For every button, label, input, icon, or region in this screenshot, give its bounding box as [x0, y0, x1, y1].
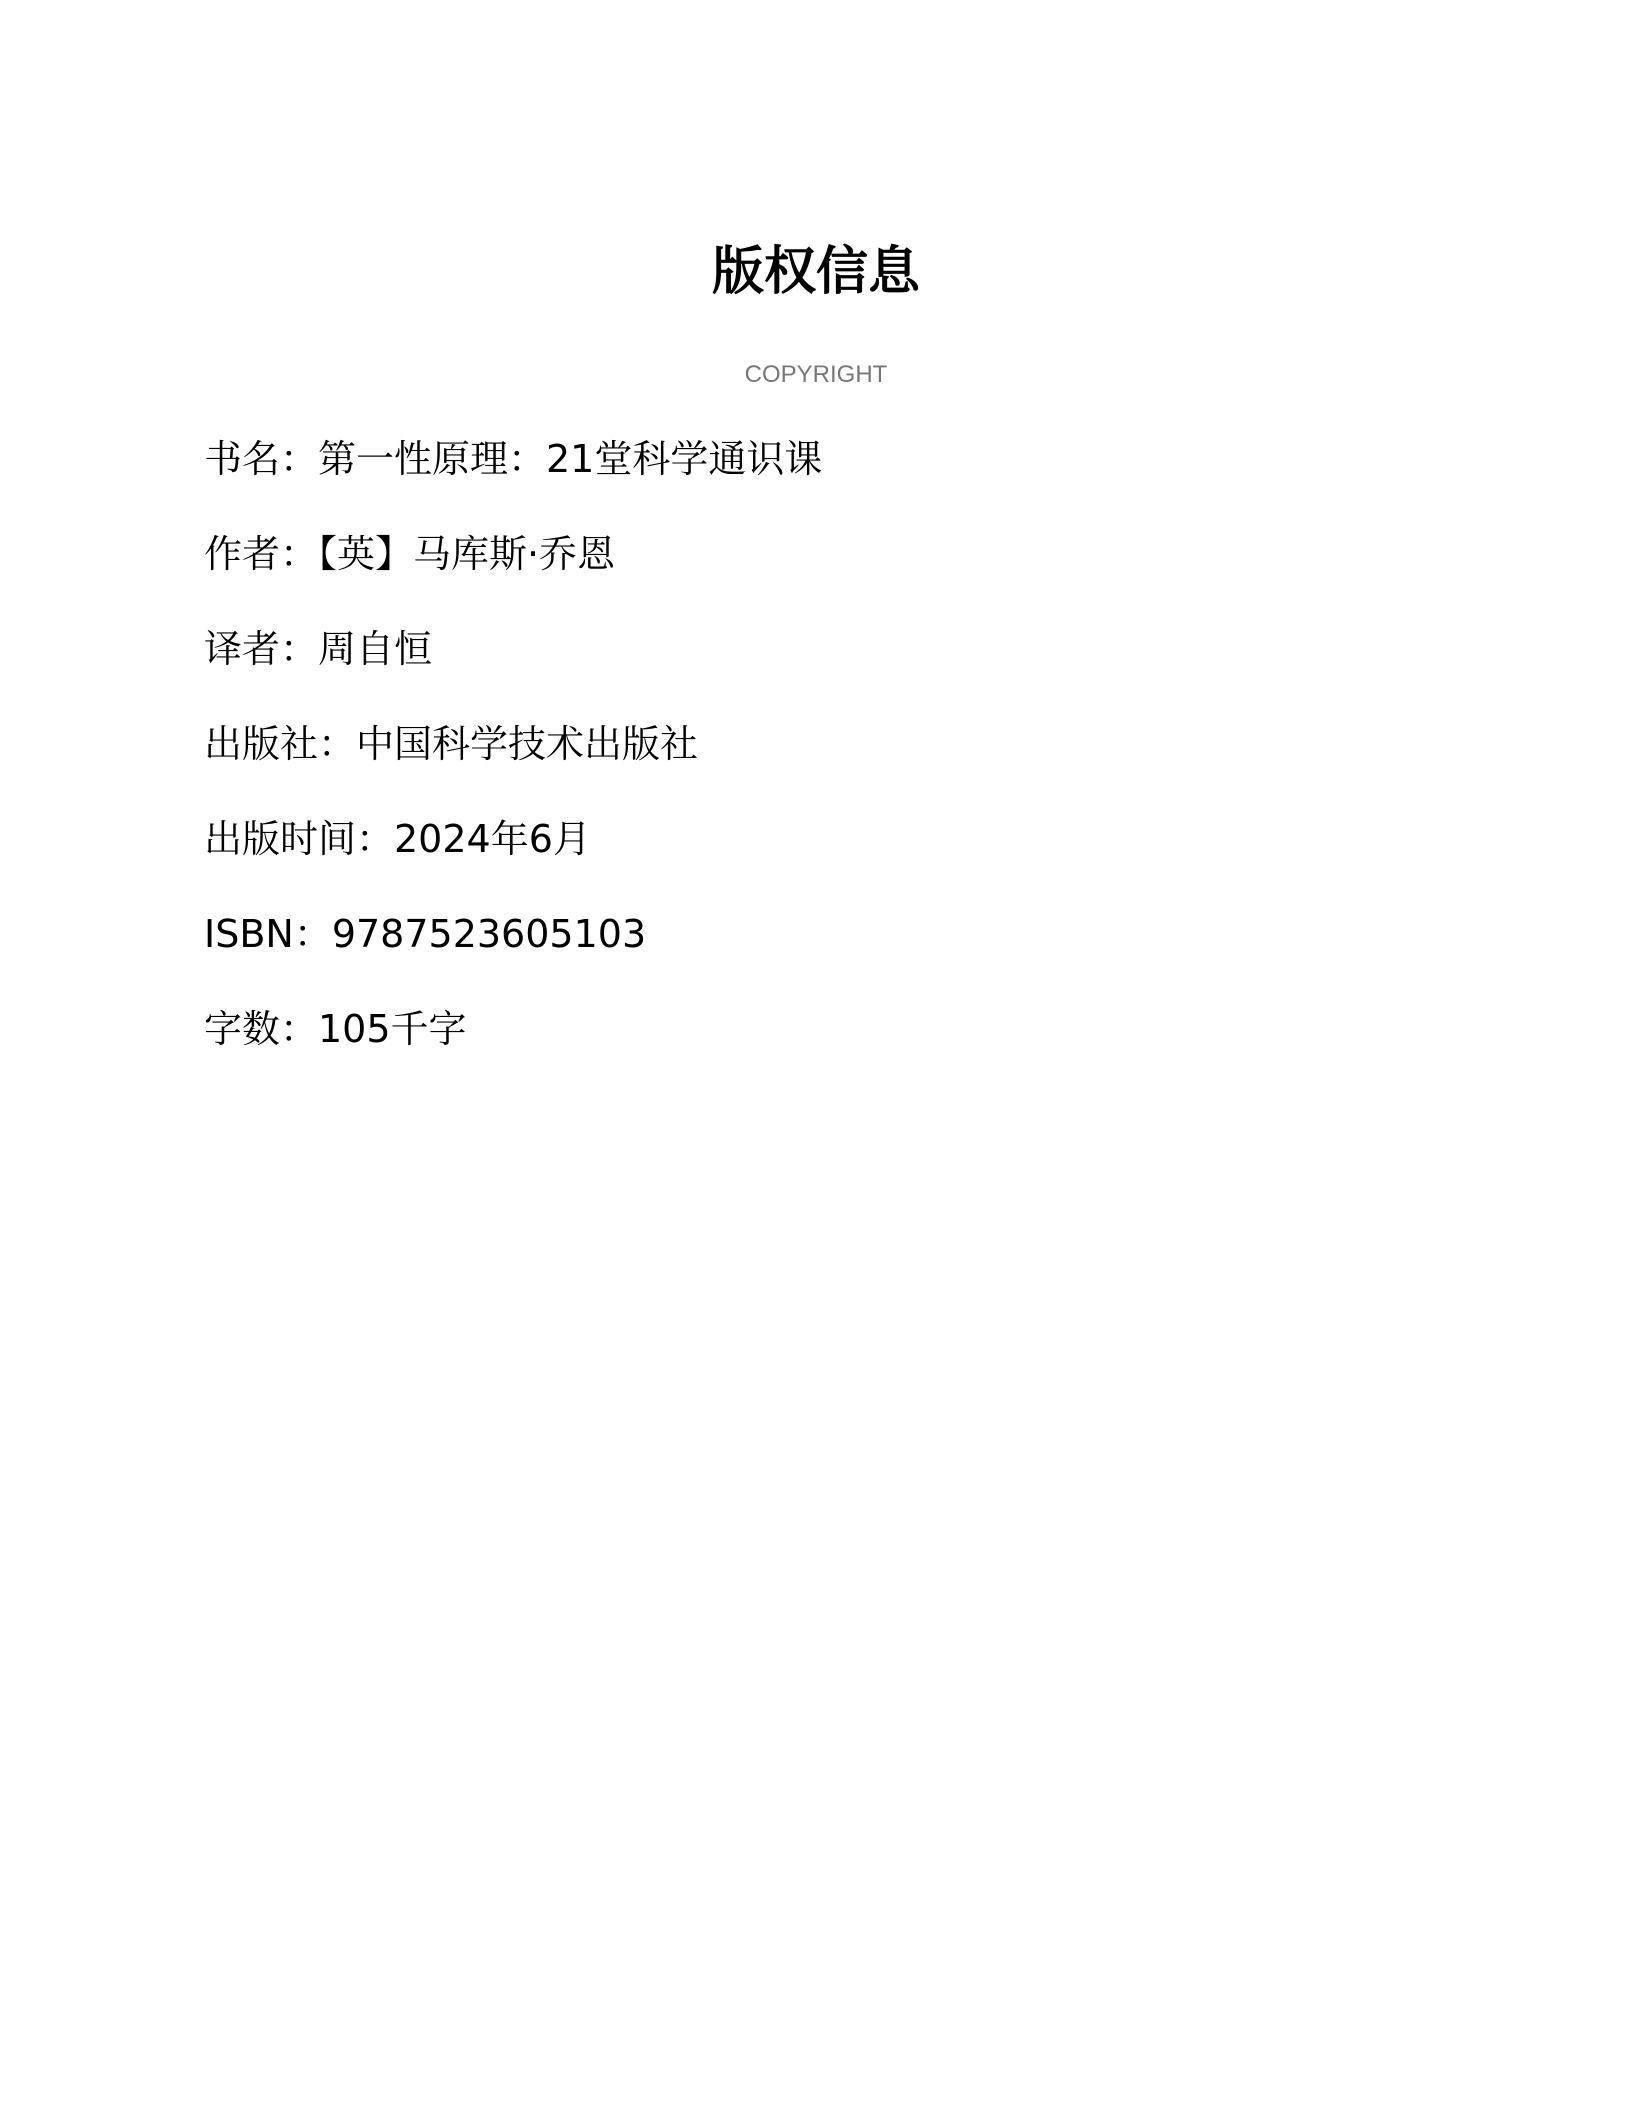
isbn-row: ISBN：9787523605103 — [204, 907, 822, 961]
publish-date-row: 出版时间：2024年6月 — [204, 812, 822, 866]
page-title: 版权信息 — [0, 240, 1632, 304]
page-subtitle: COPYRIGHT — [0, 360, 1632, 390]
translator-row: 译者：周自恒 — [204, 622, 822, 676]
copyright-info-list: 书名：第一性原理：21堂科学通识课 作者：【英】马库斯·乔恩 译者：周自恒 出版… — [204, 432, 822, 1097]
book-title-row: 书名：第一性原理：21堂科学通识课 — [204, 432, 822, 486]
word-count-row: 字数：105千字 — [204, 1002, 822, 1056]
author-row: 作者：【英】马库斯·乔恩 — [204, 527, 822, 581]
publisher-row: 出版社：中国科学技术出版社 — [204, 717, 822, 771]
